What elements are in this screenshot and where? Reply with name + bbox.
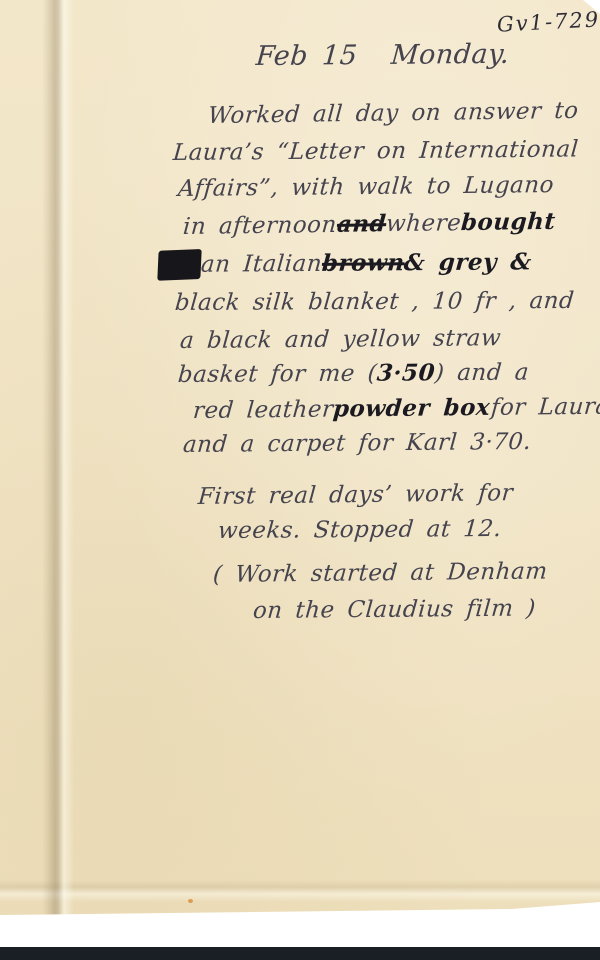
handwriting-segment: red leather [192,395,335,426]
handwriting-segment: 3·50 [376,358,436,388]
handwriting-segment: ) and a [434,358,530,389]
handwriting-segment: where [385,208,462,239]
handwriting-segment: powder box [332,393,492,425]
diary-line-l3: Affairs”, with walk to Lugano [178,170,554,204]
handwriting-segment: an Italian [199,249,323,280]
handwriting-segment: for Laura [490,392,600,423]
diary-line-l4: in afternoon and where bought [183,207,556,242]
handwriting-segment: and [336,209,387,240]
handwriting-segment: Affairs”, with walk to Lugano [177,170,555,204]
diary-line-l13: ( Work started at Denham [213,556,548,590]
handwriting-segment: bought [460,207,557,238]
archive-reference: Gv1-729 [496,7,600,36]
handwriting-segment: a black and yellow straw [179,323,502,356]
diary-line-l7: a black and yellow straw [180,323,501,356]
diary-line-l10: and a carpet for Karl 3·70. [183,427,532,460]
scanner-bar [0,947,600,960]
diary-line-l12: weeks. Stopped at 12. [218,514,502,546]
handwriting-segment: weeks. Stopped at 12. [217,514,503,546]
handwriting-segment: First real days’ work for [197,478,514,512]
diary-line-l14: on the Claudius film ) [253,594,536,626]
ink-speck [188,899,193,903]
diary-line-l9: red leather powder box for Laura 3·50 [193,391,600,426]
handwriting-segment: brown [321,248,406,279]
handwriting-segment: ( Work started at Denham [212,556,549,590]
handwriting-segment: basket for me ( [177,359,379,390]
diary-line-l6: black silk blanket , 10 fr , and [175,286,574,318]
scanned-diary-image: { "document": { "archive_ref": "Gv1-729"… [0,0,600,960]
handwriting-segment: on the Claudius film ) [252,594,537,626]
handwriting-segment: black silk blanket , 10 fr , and [174,286,576,318]
diary-page: Gv1-729 Feb 15Monday.Worked all day on a… [0,0,600,915]
diary-line-l1: Worked all day on answer to [208,96,579,131]
diary-line-l11: First real days’ work for [198,478,513,512]
scribbled-out-word: XX [157,249,201,281]
handwriting-segment: in afternoon [182,210,338,242]
handwriting-segment: & grey & [403,247,533,278]
diary-line-heading: Feb 15Monday. [256,40,510,72]
diary-line-l8: basket for me (3·50) and a [178,358,530,390]
handwriting-segment: and a carpet for Karl 3·70. [182,427,533,460]
handwriting-segment: Worked all day on answer to [207,96,580,131]
handwriting-segment: Feb 15 [255,41,359,72]
diary-line-l2: Laura’s “Letter on International [173,134,579,168]
handwriting-segment: Monday. [390,40,511,71]
diary-line-l5: XX an Italian brown & grey & [158,247,532,280]
handwriting-segment: Laura’s “Letter on International [172,134,580,168]
